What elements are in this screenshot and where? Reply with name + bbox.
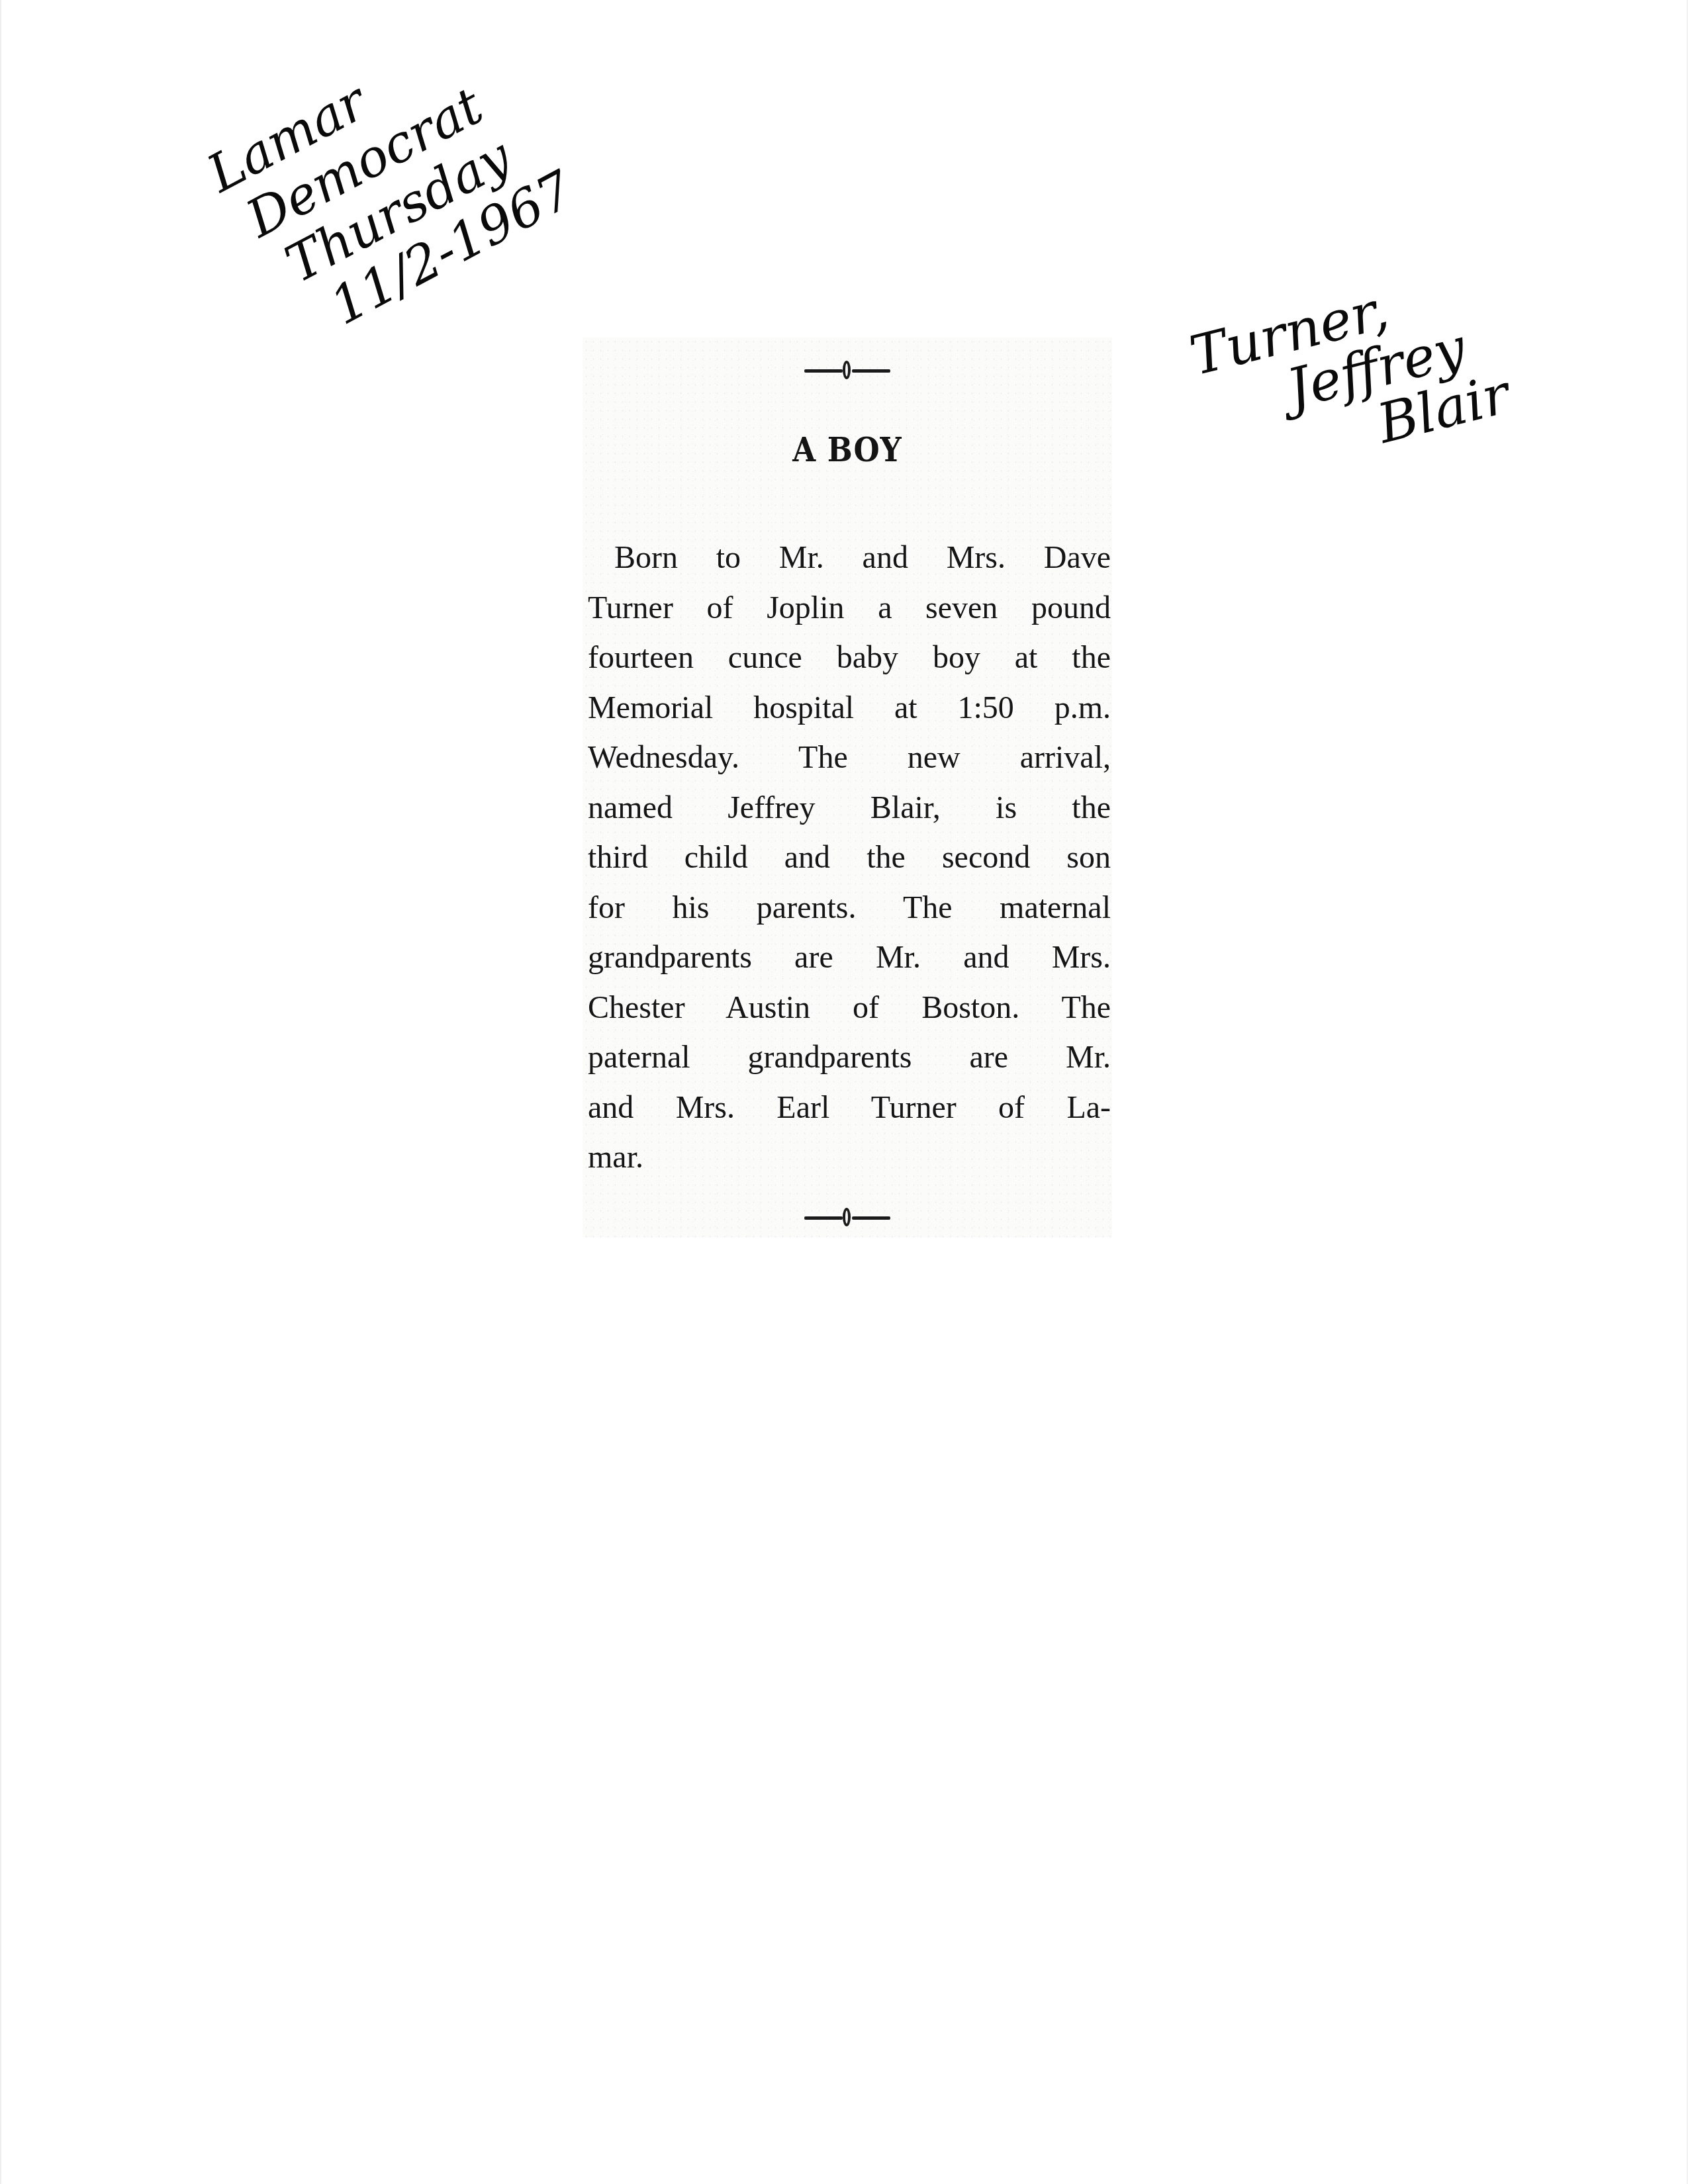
handwritten-source-note: Lamar Democrat Thursday 11/2-1967	[199, 6, 583, 357]
body-line: grandparents are Mr. and Mrs.	[588, 933, 1111, 983]
body-line: third child and the second son	[588, 833, 1111, 883]
body-line: Memorial hospital at 1:50 p.m.	[588, 683, 1111, 733]
scan-edge-left	[0, 0, 2, 2184]
body-line: and Mrs. Earl Turner of La-	[588, 1083, 1111, 1133]
body-line: mar.	[588, 1132, 1111, 1183]
body-line: Born to Mr. and Mrs. Dave	[588, 533, 1111, 583]
body-line: paternal grandparents are Mr.	[588, 1032, 1111, 1083]
clipping-body: Born to Mr. and Mrs. Dave Turner of Jopl…	[588, 533, 1111, 1183]
body-line: Turner of Joplin a seven pound	[588, 583, 1111, 633]
body-line: named Jeffrey Blair, is the	[588, 783, 1111, 833]
newspaper-clipping: A BOY Born to Mr. and Mrs. Dave Turner o…	[583, 338, 1112, 1238]
body-line: for his parents. The maternal	[588, 883, 1111, 933]
scanned-page: Lamar Democrat Thursday 11/2-1967 Turner…	[0, 0, 1688, 2184]
separator-ornament-icon	[804, 361, 890, 381]
handwritten-name-note: Turner, Jeffrey Blair	[1185, 259, 1515, 493]
clipping-headline: A BOY	[609, 430, 1086, 469]
body-line: Wednesday. The new arrival,	[588, 733, 1111, 783]
body-line: Chester Austin of Boston. The	[588, 983, 1111, 1033]
body-line: fourteen cunce baby boy at the	[588, 633, 1111, 683]
separator-ornament-icon	[804, 1208, 890, 1228]
